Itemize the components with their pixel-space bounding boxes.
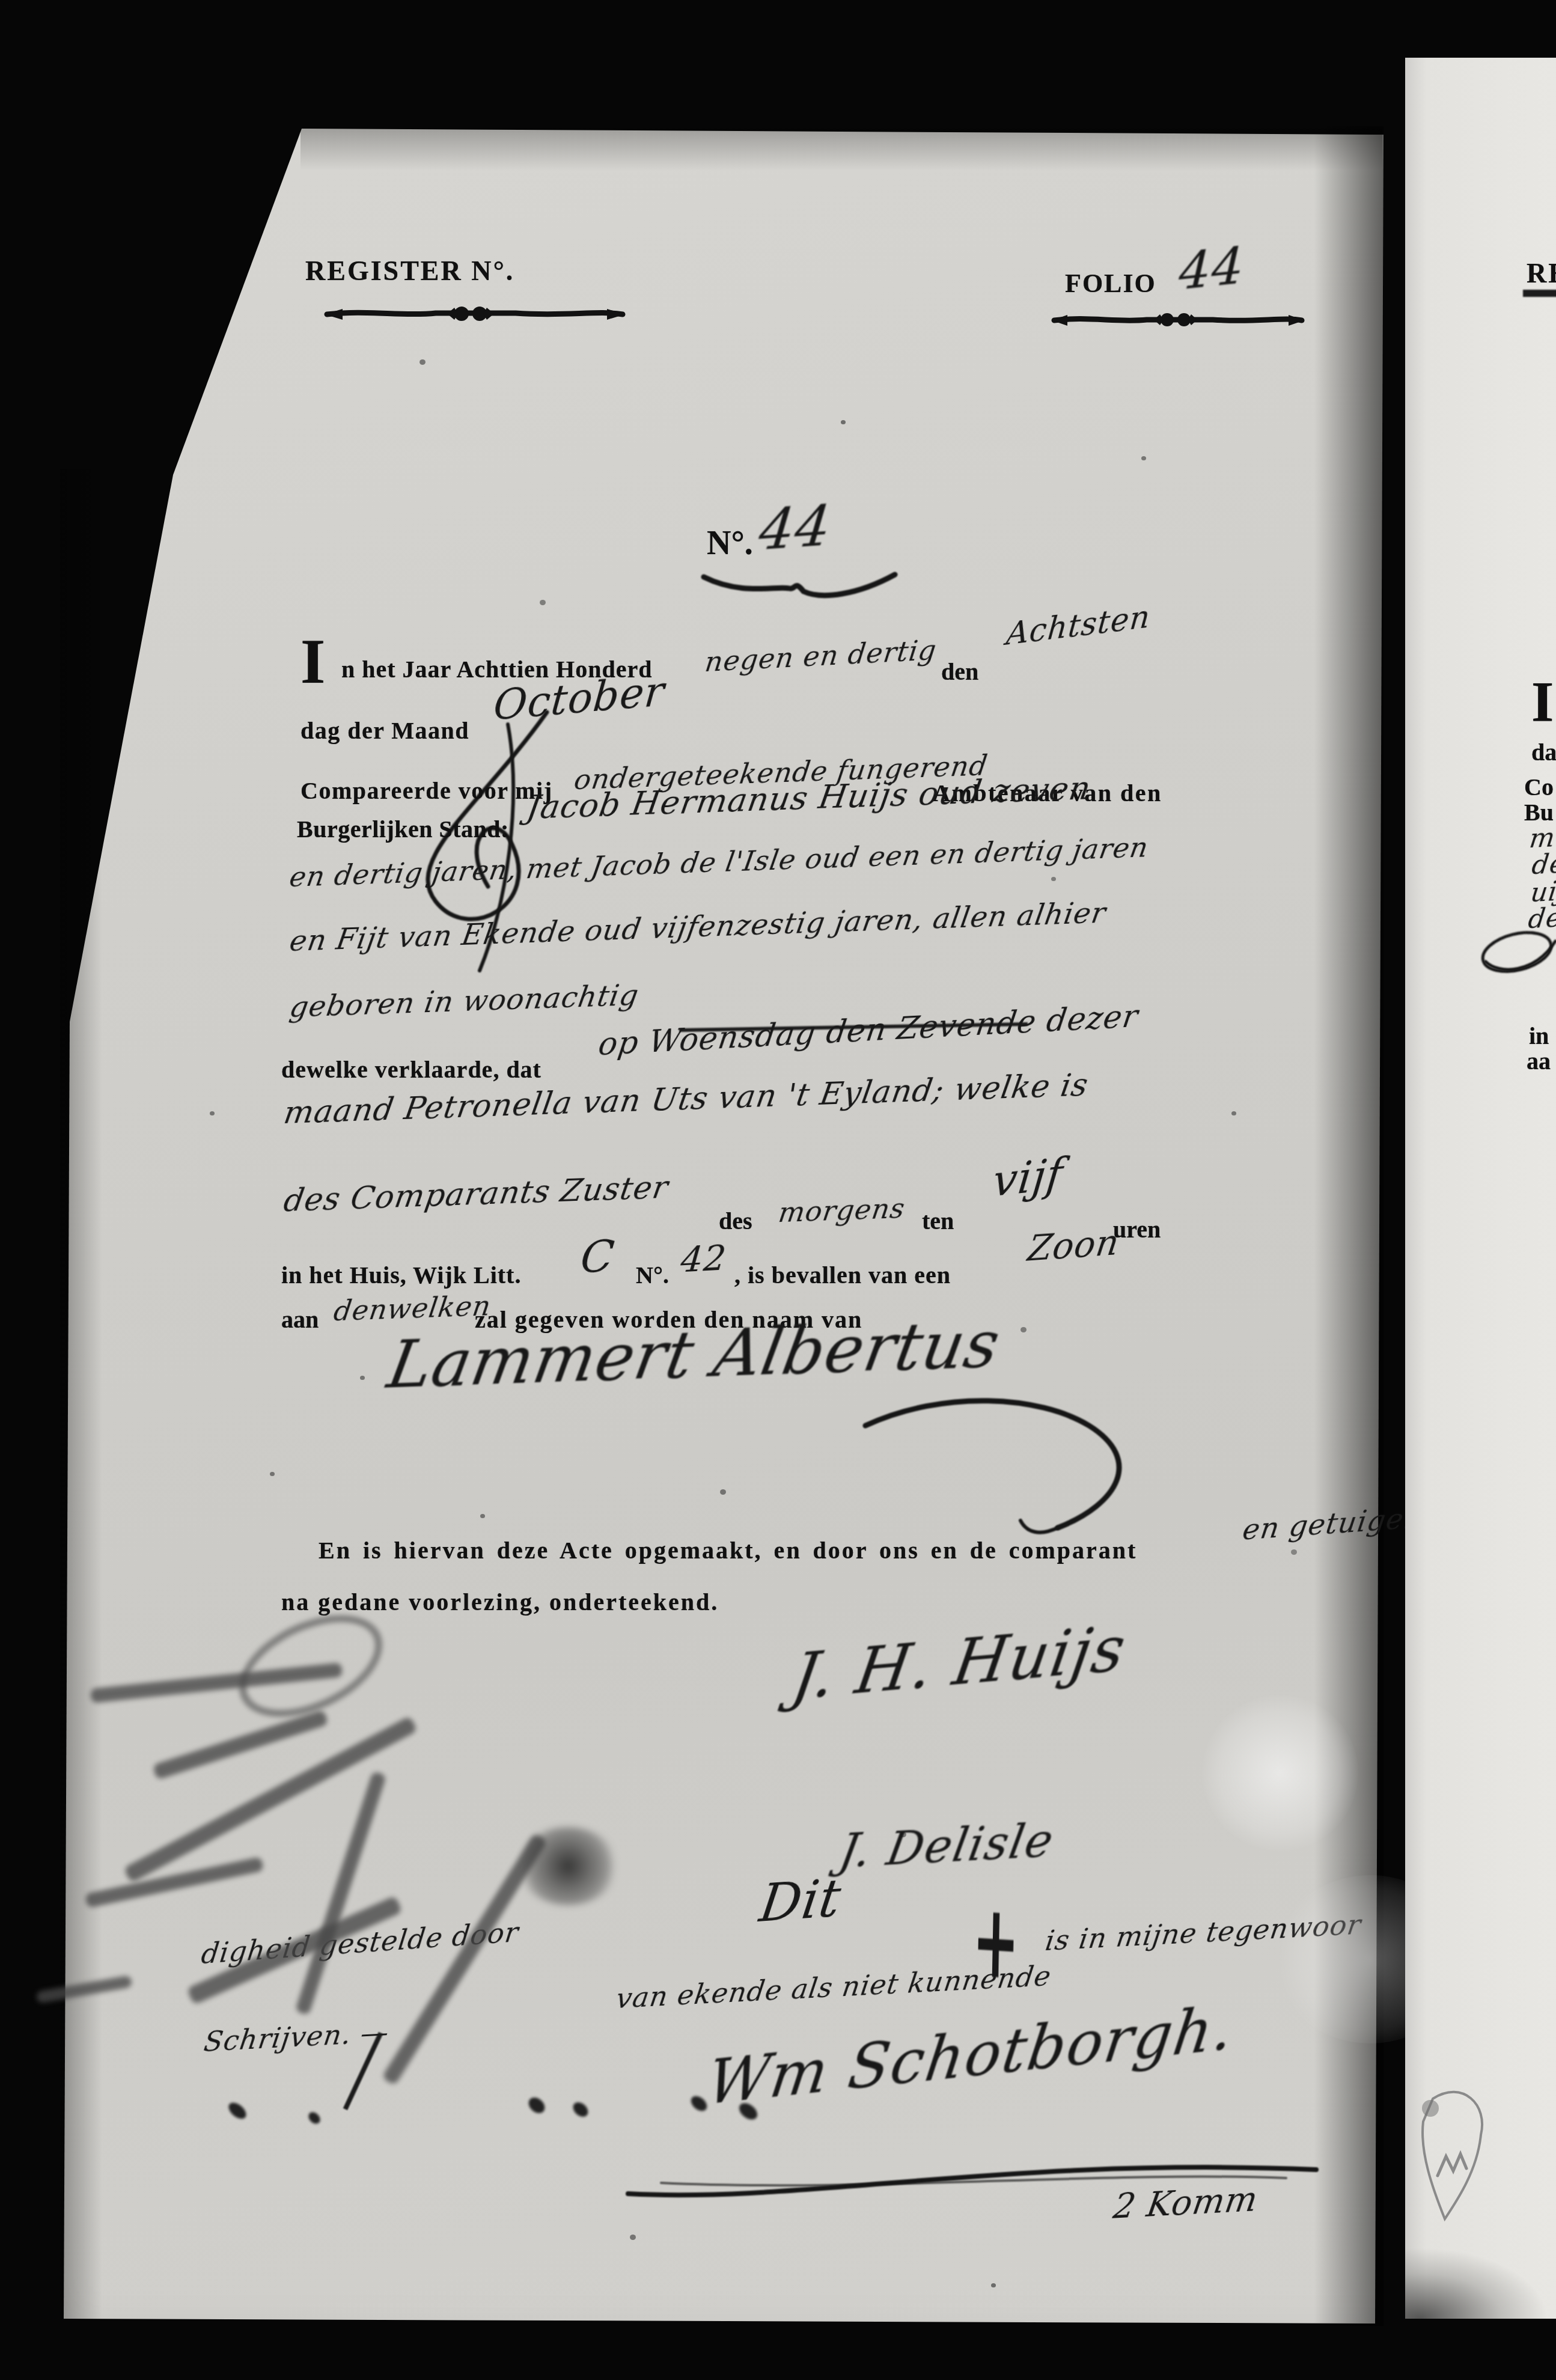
house-no-label: N°. [636,1261,669,1289]
next-hand-oval-flourish [1477,923,1556,983]
scan-shadow-top [301,129,1382,171]
hour-hand: vijf [990,1148,1066,1207]
ink-blot [517,1827,619,1905]
child-sex-hand: Zoon [1025,1222,1122,1269]
register-label: REGISTER N°. [305,255,514,287]
ten-printed: ten [922,1207,954,1235]
act-number-underline [700,569,899,602]
next-dag-printed: dag [1531,738,1556,766]
closing-printed-2: na gedane voorlezing, onderteekend. [281,1588,719,1616]
folio-number: 44 [1178,236,1245,302]
house-printed: in het Huis, Wijk Litt. [281,1261,521,1289]
next-header-rule [1523,290,1556,297]
pencil-doodle [1408,2079,1504,2230]
den-printed: den [941,658,978,686]
dewelke-printed: dewelke verklaarde, dat [281,1055,542,1084]
wijk-letter-hand: C [578,1230,617,1284]
house-number-hand: 42 [679,1237,728,1280]
header-ornament-right [1052,305,1304,333]
note-dit: Dit [756,1867,845,1934]
denwelken-hand: denwelken [332,1289,493,1327]
scan-shadow-left [60,469,102,2320]
act-number-label: N°. [707,524,753,563]
signature-qualifier: 2 Komm [1111,2180,1261,2227]
aan-printed: aan [281,1305,319,1334]
des-printed: des [719,1207,752,1235]
next-compareerde-printed: Co [1524,773,1554,801]
scanned-birth-record: REGISTER N°. FOLIO 44 N°. 44 I n het Jaa… [0,0,1556,2380]
water-stain [1202,1695,1358,1851]
morgens-hand: morgens [776,1191,908,1228]
act-number: 44 [756,493,834,563]
paper-specks [0,0,4,3]
closing-printed-1: En is hiervan deze Acte opgemaakt, en do… [319,1536,1137,1564]
next-aan-printed: aa [1527,1047,1551,1075]
next-hand-fragment: de [1530,848,1556,880]
year-dropcap: I [301,625,325,698]
next-in-printed: in [1529,1022,1549,1050]
header-ornament-left [325,298,625,328]
burgerlijken-stand-printed: Burgerlijken Stand: [297,815,509,843]
next-page-fragment [1405,58,1556,2319]
bevallen-printed: , is bevallen van een [734,1261,951,1289]
compareerde-printed: Compareerde voor mij [301,777,553,805]
child-name-flourish [859,1376,1196,1551]
next-year-dropcap: I [1531,668,1554,735]
next-register-label: REGISTER [1527,257,1556,289]
folio-label: FOLIO [1065,268,1156,299]
